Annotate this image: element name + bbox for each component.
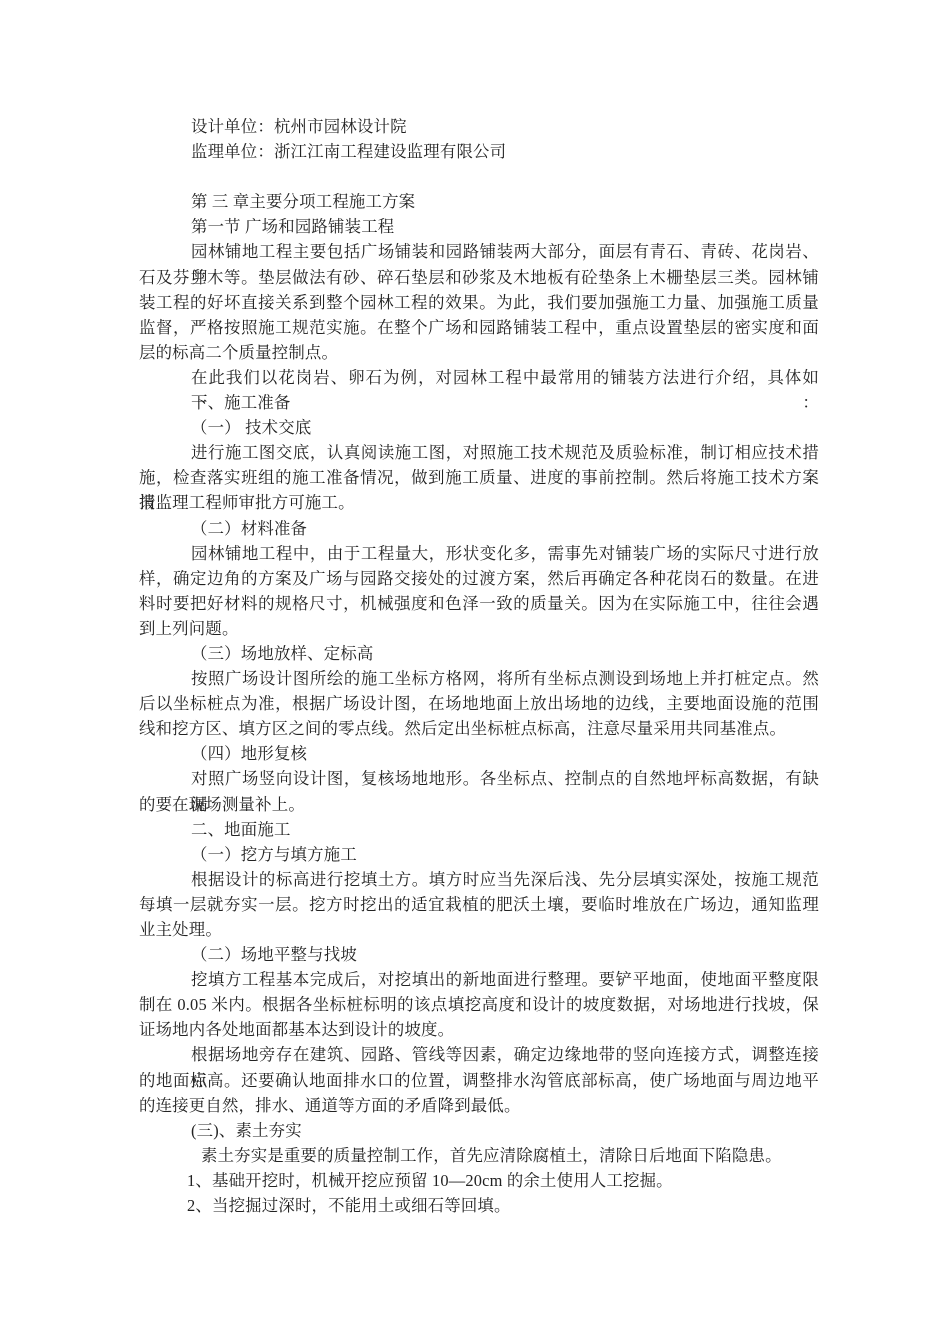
text-line: 后以坐标桩点为准，根据广场设计图，在场地地面上放出场地的边线，主要地面设施的范围 [139, 691, 819, 716]
text-line: 根据场地旁存在建筑、园路、管线等因素，确定边缘地带的竖向连接方式，调整连接点 [139, 1042, 819, 1067]
text-line: 园林铺地工程中，由于工程量大，形状变化多，需事先对铺装广场的实际尺寸进行放 [139, 541, 819, 566]
text-line: 证场地内各处地面都基本达到设计的坡度。 [139, 1017, 819, 1042]
text-line: 挖填方工程基本完成后，对挖填出的新地面进行整理。要铲平地面，使地面平整度限 [139, 967, 819, 992]
text-line: 到上列问题。 [139, 616, 819, 641]
text-line: 设计单位：杭州市园林设计院 [139, 114, 819, 139]
text-line: 装工程的好坏直接关系到整个园林工程的效果。为此，我们要加强施工力量、加强施工质量 [139, 290, 819, 315]
text-line: 根据设计的标高进行挖填土方。填方时应当先深后浅、先分层填实深处，按施工规范 [139, 867, 819, 892]
text-line: 2、当挖掘过深时，不能用土或细石等回填。 [139, 1193, 819, 1218]
text-line: 石及芬兰木等。垫层做法有砂、碎石垫层和砂浆及木地板有砼垫条上木栅垫层三类。园林铺 [139, 265, 819, 290]
text-line: 第一节 广场和园路铺装工程 [139, 214, 819, 239]
text-line: 请监理工程师审批方可施工。 [139, 490, 819, 515]
text-line: （一）挖方与填方施工 [139, 842, 819, 867]
text-line: 制在 0.05 米内。根据各坐标桩标明的该点填挖高度和设计的坡度数据，对场地进行… [139, 992, 819, 1017]
text-line: 监督，严格按照施工规范实施。在整个广场和园路铺装工程中，重点设置垫层的密实度和面 [139, 315, 819, 340]
text-line: 第 三 章主要分项工程施工方案 [139, 189, 819, 214]
text-line: 的地面标高。还要确认地面排水口的位置，调整排水沟管底部标高，使广场地面与周边地平 [139, 1068, 819, 1093]
text-line: 层的标高二个质量控制点。 [139, 340, 819, 365]
text-line: 1、基础开挖时，机械开挖应预留 10—20cm 的余土使用人工挖掘。 [139, 1168, 819, 1193]
text-line: 按照广场设计图所绘的施工坐标方格网，将所有坐标点测设到场地上并打桩定点。然 [139, 666, 819, 691]
text-line: 业主处理。 [139, 917, 819, 942]
text-line: 的连接更自然，排水、通道等方面的矛盾降到最低。 [139, 1093, 819, 1118]
text-line: （一） 技术交底 [139, 415, 819, 440]
text-line: （四）地形复核 [139, 741, 819, 766]
text-line: （二）材料准备 [139, 516, 819, 541]
text-line: 监理单位：浙江江南工程建设监理有限公司 [139, 139, 819, 164]
text-line: 施，检查落实班组的施工准备情况，做到施工质量、进度的事前控制。然后将施工技术方案… [139, 465, 819, 490]
text-line: 进行施工图交底，认真阅读施工图，对照施工技术规范及质验标准，制订相应技术措 [139, 440, 819, 465]
text-line: （三）场地放样、定标高 [139, 641, 819, 666]
text-line: 园林铺地工程主要包括广场铺装和园路铺装两大部分，面层有青石、青砖、花岗岩、卵 [139, 239, 819, 264]
text-line: 线和挖方区、填方区之间的零点线。然后定出坐标桩点标高，注意尽量采用共同基准点。 [139, 716, 819, 741]
text-line: 素土夯实是重要的质量控制工作，首先应清除腐植土，清除日后地面下陷隐患。 [139, 1143, 819, 1168]
text-line: 料时要把好材料的规格尺寸，机械强度和色泽一致的质量关。因为在实际施工中，往往会遇 [139, 591, 819, 616]
document-text-block: 设计单位：杭州市园林设计院监理单位：浙江江南工程建设监理有限公司第 三 章主要分… [139, 114, 819, 1218]
text-line: 样，确定边角的方案及广场与园路交接处的过渡方案，然后再确定各种花岗石的数量。在进 [139, 566, 819, 591]
blank-line [139, 164, 819, 189]
text-line: （二）场地平整与找坡 [139, 942, 819, 967]
text-line: (三)、素土夯实 [139, 1118, 819, 1143]
text-line: 的要在现场测量补上。 [139, 792, 819, 817]
document-page: 设计单位：杭州市园林设计院监理单位：浙江江南工程建设监理有限公司第 三 章主要分… [0, 0, 950, 1344]
text-line: 对照广场竖向设计图，复核场地地形。各坐标点、控制点的自然地坪标高数据，有缺漏 [139, 766, 819, 791]
text-line: 二、地面施工 [139, 817, 819, 842]
text-line: 每填一层就夯实一层。挖方时挖出的适宜栽植的肥沃土壤，要临时堆放在广场边，通知监理 [139, 892, 819, 917]
text-line: 在此我们以花岗岩、卵石为例，对园林工程中最常用的铺装方法进行介绍，具体如下： [139, 365, 819, 390]
